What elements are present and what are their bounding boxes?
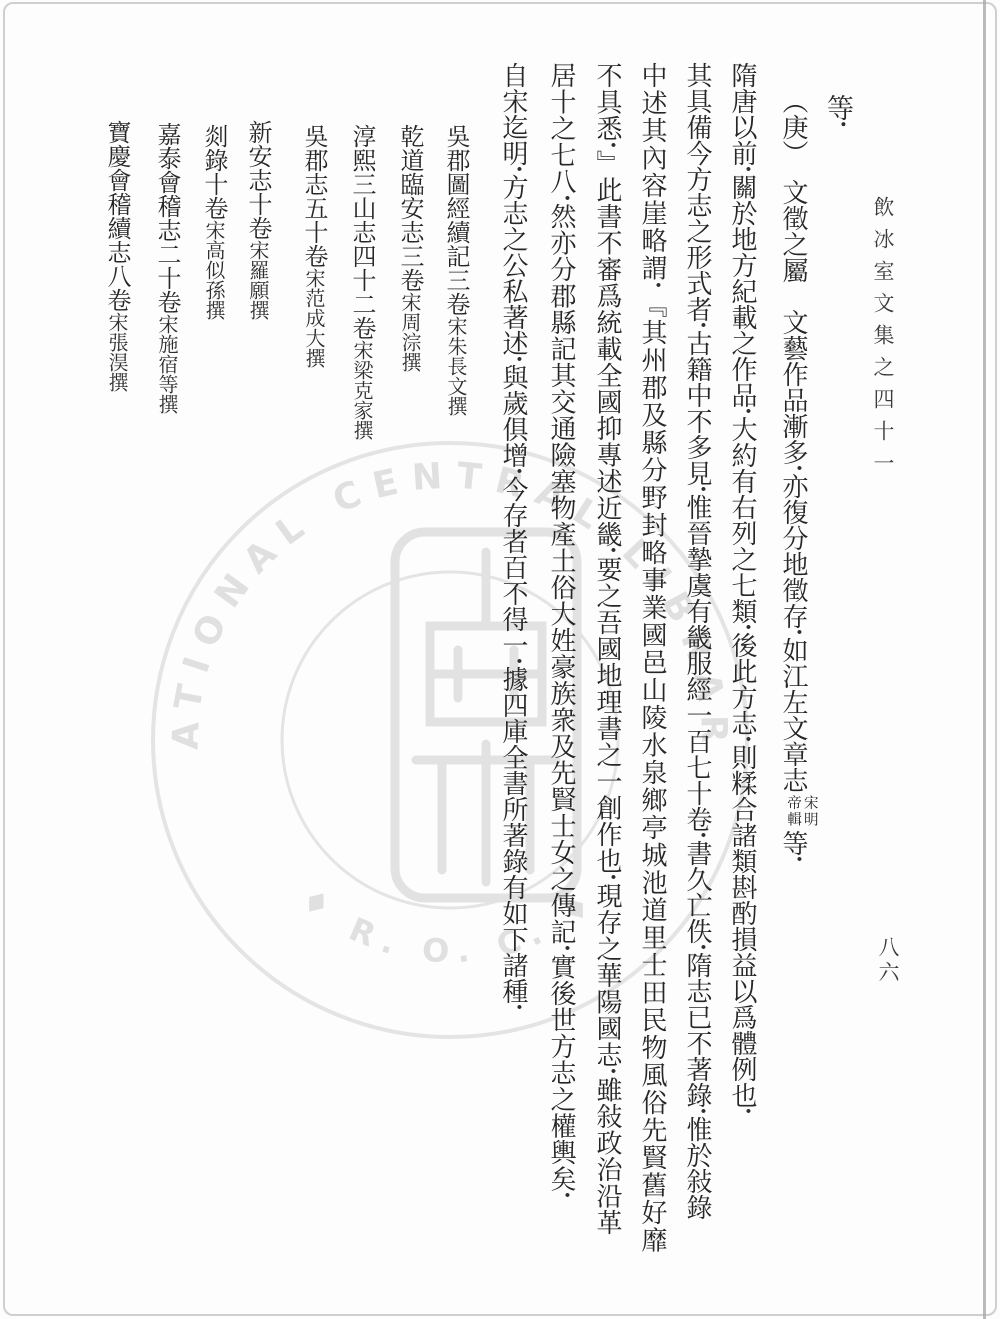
running-header: 飲冰室文集之四十一 bbox=[872, 196, 893, 484]
book-title: 淳熙三山志四十二卷 bbox=[348, 124, 376, 340]
book-author: 宋施宿等撰 bbox=[155, 314, 179, 414]
paragraph-column-6: 自宋迄明•方志之公私著述•與歲俱增•今存者百不得一•據四庫全書所著錄有如下諸種• bbox=[500, 62, 526, 1012]
book-author: 宋朱長文撰 bbox=[444, 316, 468, 416]
book-title: 吳郡志五十卷 bbox=[300, 124, 328, 268]
scanned-document-page: NATIONAL CENTRAL LIBRARY ♦ R. O. C. ♦ 飲冰… bbox=[0, 0, 1000, 1319]
book-author: 宋羅願撰 bbox=[246, 240, 270, 320]
book-entry: 剡錄十卷宋高似孫撰 bbox=[201, 124, 227, 320]
book-author: 宋高似孫撰 bbox=[202, 220, 226, 320]
page-edge-line bbox=[983, 0, 986, 1319]
book-title: 吳郡圖經續記三卷 bbox=[442, 124, 470, 316]
page-number: 八六 bbox=[877, 936, 898, 986]
paragraph-column-1: 隋唐以前•關於地方紀載之作品•大約有右列之七類•後此方志•則糅合諸類斟酌損益以爲… bbox=[729, 62, 755, 1116]
section-geng-column: （庚） 文徵之屬 文藝作品漸多•亦復分地徵存•如江左文章志宋明帝輯等• bbox=[780, 88, 818, 864]
paragraph-column-4: 不具悉•』此書不審爲統載全國抑專述近畿•要之吾國地理書之一創作也•現存之華陽國志… bbox=[594, 62, 620, 1235]
book-title: 新安志十卷 bbox=[244, 120, 272, 240]
interlinear-note: 宋明帝輯 bbox=[784, 795, 817, 828]
paragraph-column-3: 中述其內容崖略謂•『其州郡及縣分野封略事業國邑山陵水泉鄉亭城池道里士田民物風俗先… bbox=[639, 62, 665, 1254]
section-geng-text: （庚） 文徵之屬 文藝作品漸多•亦復分地徵存•如江左文章志 bbox=[778, 88, 808, 793]
paragraph-column-2: 其具備今方志之形式者•古籍中不多見•惟晉摯虞有畿服經一百七十卷•書久亡佚•隋志已… bbox=[684, 62, 710, 1220]
book-author: 宋周淙撰 bbox=[398, 292, 422, 372]
book-title: 剡錄十卷 bbox=[200, 124, 228, 220]
book-title: 乾道臨安志三卷 bbox=[396, 124, 424, 292]
book-author: 宋范成大撰 bbox=[302, 268, 326, 368]
paragraph-column-5: 居十之七八•然亦分郡縣記其交通險塞物產土俗大姓豪族衆及先賢士女之傳記•實後世方志… bbox=[548, 62, 574, 1200]
book-entry: 吳郡志五十卷宋范成大撰 bbox=[301, 124, 327, 368]
book-entry: 吳郡圖經續記三卷宋朱長文撰 bbox=[443, 124, 469, 416]
book-entry: 嘉泰會稽志二十卷宋施宿等撰 bbox=[154, 122, 180, 414]
interlinear-note-right: 宋明 bbox=[801, 795, 818, 828]
interlinear-note-left: 帝輯 bbox=[784, 795, 801, 828]
continuation-line: 等• bbox=[824, 94, 851, 129]
book-author: 宋張淏撰 bbox=[105, 312, 129, 392]
library-stamp-watermark: NATIONAL CENTRAL LIBRARY ♦ R. O. C. ♦ bbox=[140, 430, 760, 1050]
book-entry: 淳熙三山志四十二卷宋梁克家撰 bbox=[349, 124, 375, 440]
book-entry: 新安志十卷宋羅願撰 bbox=[245, 120, 271, 320]
section-geng-tail: 等• bbox=[778, 830, 808, 864]
book-title: 寶慶會稽續志八卷 bbox=[103, 120, 131, 312]
book-author: 宋梁克家撰 bbox=[350, 340, 374, 440]
book-title: 嘉泰會稽志二十卷 bbox=[153, 122, 181, 314]
book-entry: 寶慶會稽續志八卷宋張淏撰 bbox=[104, 120, 130, 392]
book-entry: 乾道臨安志三卷宋周淙撰 bbox=[397, 124, 423, 372]
